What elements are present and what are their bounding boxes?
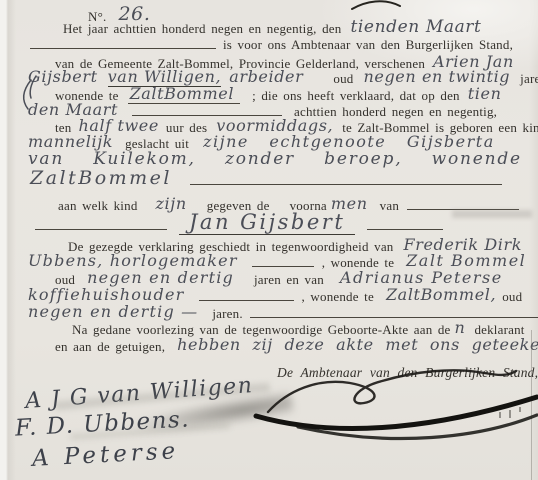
written-date: tienden Maart <box>350 17 481 37</box>
blank-rule <box>199 299 294 301</box>
written-declarant-name: Gijsbert <box>28 67 98 86</box>
printed-oud: oud <box>333 71 353 86</box>
signature-declarant-text: A J G van Willigen <box>24 373 254 414</box>
line-childname: Jan Gijsbert <box>35 211 443 235</box>
blank-rule <box>190 183 502 185</box>
blank-rule <box>367 228 443 230</box>
line-year-intro: Het jaar achttien honderd negen en negen… <box>63 18 481 38</box>
written-declarant-occupation: arbeider <box>229 67 303 86</box>
blank-rule <box>252 265 314 267</box>
printed-jaren-en-van: jaren en van <box>254 272 324 287</box>
printed-oud3: oud <box>502 289 522 304</box>
line-getuigen: en aan de getuigen, hebben zij deze akte… <box>55 336 538 356</box>
signature-witness2: A Peterse <box>31 438 179 472</box>
printed-getuigen-text: en aan de getuigen, <box>55 339 165 354</box>
blank-rule <box>250 316 538 318</box>
line-mother-residence: ZaltBommel <box>30 168 502 190</box>
signature-main-sweep <box>256 397 537 428</box>
birth-certificate-page: N°. 26. Het jaar achttien honderd negen … <box>0 0 538 480</box>
blank-rule <box>407 208 519 210</box>
written-mother-residence: ZaltBommel <box>30 167 172 189</box>
signature-witness2-text: A Peterse <box>31 438 179 472</box>
printed-wonende-te2: , wonende te <box>302 289 374 304</box>
ink-drips <box>500 407 520 418</box>
written-mother-surname: van Kuilekom, zonder beroep, wonende te <box>28 149 538 169</box>
line-official-title: De Ambtenaar van den Burgerlijken Stand, <box>277 364 538 382</box>
printed-official-title: De Ambtenaar van den Burgerlijken Stand, <box>277 365 538 380</box>
signature-echo-sweep <box>298 415 537 438</box>
written-geteekend-text: hebben zij deze akte met ons geteekend. <box>177 335 538 354</box>
blank-rule <box>35 228 167 230</box>
written-witness2-residence: ZaltBommel, <box>386 285 496 304</box>
blank-rule <box>30 47 216 49</box>
printed-year-text: Het jaar achttien honderd negen en negen… <box>63 21 341 36</box>
printed-ambtenaar-text: is voor ons Ambtenaar van den Burgerlijk… <box>223 37 513 52</box>
top-edge-flourish <box>352 1 400 9</box>
signature-declarant: A J G van Willigen <box>24 373 254 414</box>
written-child-name: Jan Gijsbert <box>179 210 355 235</box>
printed-jaren: jaren, <box>520 71 538 86</box>
